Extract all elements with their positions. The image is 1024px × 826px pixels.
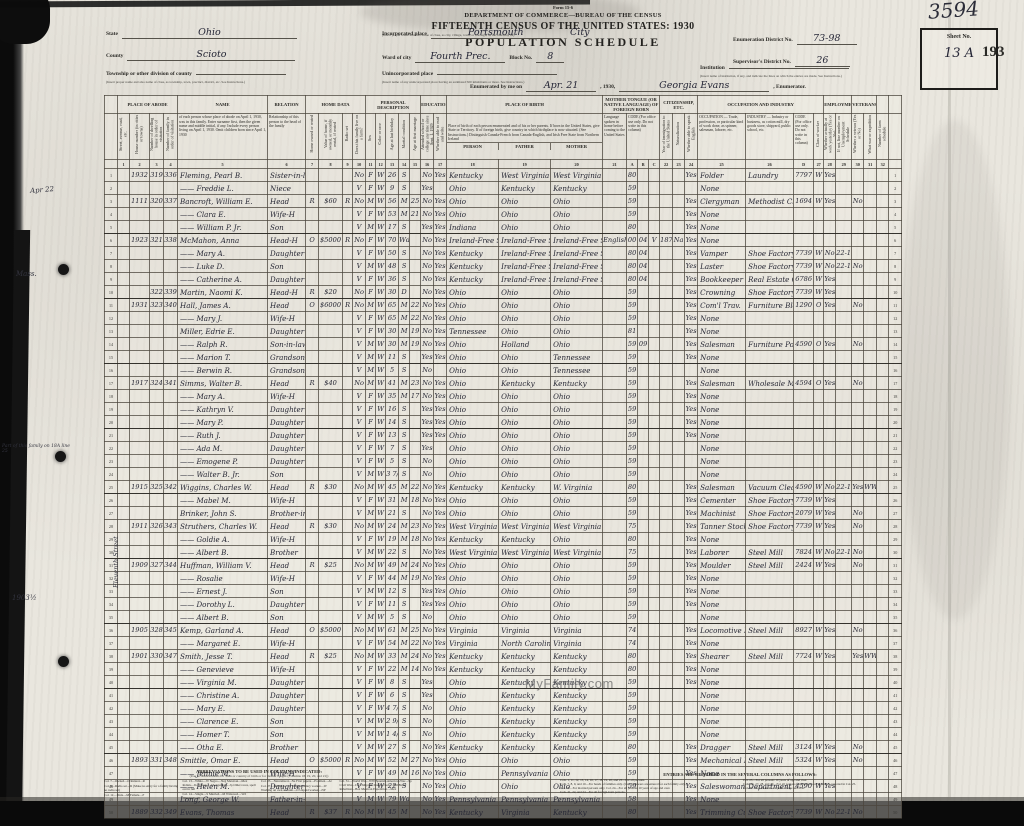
table-cell bbox=[673, 689, 685, 702]
table-cell: Yes bbox=[421, 689, 434, 702]
table-cell: Yes bbox=[685, 533, 698, 546]
table-cell: Yes bbox=[434, 559, 447, 572]
table-cell bbox=[130, 260, 150, 273]
table-cell: Martin, Naomi K. bbox=[178, 286, 268, 299]
table-cell bbox=[877, 208, 889, 221]
table-cell bbox=[824, 234, 836, 247]
table-cell: None bbox=[698, 598, 746, 611]
table-cell: Crowning bbox=[698, 286, 746, 299]
table-cell: Yes bbox=[421, 442, 434, 455]
table-cell: —— Dorothy L. bbox=[178, 598, 268, 611]
table-cell bbox=[660, 182, 673, 195]
table-cell bbox=[130, 611, 150, 624]
enumerator-suffix: , Enumerator. bbox=[773, 84, 806, 90]
table-cell: None bbox=[698, 416, 746, 429]
row-number: 2 bbox=[105, 182, 118, 195]
state-label: State bbox=[106, 31, 118, 37]
table-cell bbox=[603, 299, 627, 312]
table-cell: S bbox=[399, 403, 410, 416]
table-cell bbox=[824, 533, 836, 546]
table-cell: 6 bbox=[386, 689, 399, 702]
table-cell bbox=[660, 442, 673, 455]
table-cell: Na bbox=[673, 234, 685, 247]
table-cell: M bbox=[366, 338, 376, 351]
table-cell bbox=[685, 455, 698, 468]
table-cell bbox=[130, 442, 150, 455]
row-number: 25 bbox=[889, 481, 902, 494]
table-cell bbox=[603, 806, 627, 819]
table-cell bbox=[603, 624, 627, 637]
table-cell: No bbox=[421, 481, 434, 494]
table-cell bbox=[434, 689, 447, 702]
table-cell: Shoe Factory bbox=[746, 520, 794, 533]
table-cell: Kentucky bbox=[551, 663, 603, 676]
table-cell: Kentucky bbox=[447, 260, 499, 273]
column-header: Language spoken in home before coming to… bbox=[603, 114, 627, 160]
table-cell: 1923 bbox=[130, 234, 150, 247]
table-cell bbox=[343, 624, 353, 637]
table-cell: None bbox=[698, 442, 746, 455]
table-cell bbox=[852, 715, 864, 728]
table-cell: WW bbox=[864, 481, 877, 494]
table-cell: 2424 bbox=[794, 559, 814, 572]
table-cell: Yes bbox=[685, 338, 698, 351]
table-cell bbox=[836, 442, 852, 455]
table-cell: F bbox=[366, 637, 376, 650]
table-cell bbox=[685, 364, 698, 377]
table-cell: Kentucky bbox=[447, 533, 499, 546]
sheet-label: Sheet No. bbox=[922, 34, 996, 40]
table-cell: 1915 bbox=[130, 481, 150, 494]
table-cell bbox=[877, 702, 889, 715]
row-number: 45 bbox=[889, 741, 902, 754]
table-cell: None bbox=[698, 793, 746, 806]
table-cell bbox=[603, 325, 627, 338]
street-cell bbox=[118, 650, 130, 663]
table-cell: 59 bbox=[627, 182, 638, 195]
table-cell: Yes bbox=[685, 195, 698, 208]
table-cell bbox=[150, 208, 164, 221]
table-cell: Grandson bbox=[268, 351, 306, 364]
row-number: 44 bbox=[889, 728, 902, 741]
table-cell: 80 bbox=[627, 663, 638, 676]
table-cell: Dragger bbox=[698, 741, 746, 754]
table-cell: Steel Mill bbox=[746, 624, 794, 637]
column-header: Radio set bbox=[343, 114, 353, 160]
table-cell bbox=[814, 793, 824, 806]
table-cell: Ohio bbox=[499, 208, 551, 221]
table-cell: Kentucky bbox=[447, 273, 499, 286]
table-cell: 04 bbox=[638, 273, 649, 286]
street-cell bbox=[118, 169, 130, 182]
table-cell: Kentucky bbox=[499, 481, 551, 494]
table-cell bbox=[649, 247, 660, 260]
table-cell: —— Freddie L. bbox=[178, 182, 268, 195]
table-cell: Daughter bbox=[268, 273, 306, 286]
table-cell: 8927 bbox=[794, 624, 814, 637]
table-cell: Brother-in-law bbox=[268, 507, 306, 520]
table-cell bbox=[814, 429, 824, 442]
table-cell bbox=[814, 455, 824, 468]
table-cell bbox=[685, 611, 698, 624]
table-cell bbox=[638, 741, 649, 754]
table-cell: 22 bbox=[410, 481, 421, 494]
table-cell: 59 bbox=[627, 455, 638, 468]
row-number: 4 bbox=[105, 208, 118, 221]
supervisor-district-value: 26 bbox=[795, 55, 850, 67]
table-cell bbox=[306, 715, 319, 728]
table-cell bbox=[852, 793, 864, 806]
table-cell: 65 bbox=[386, 312, 399, 325]
table-cell: Yes bbox=[685, 273, 698, 286]
table-cell: Ohio bbox=[499, 455, 551, 468]
table-cell: 59 bbox=[627, 468, 638, 481]
table-cell: None bbox=[698, 637, 746, 650]
table-cell: West Virginia bbox=[551, 546, 603, 559]
table-cell bbox=[410, 442, 421, 455]
table-cell: W bbox=[376, 741, 386, 754]
table-cell bbox=[164, 273, 178, 286]
column-header: Naturalization bbox=[673, 114, 685, 160]
table-cell bbox=[150, 533, 164, 546]
table-cell: Ohio bbox=[447, 689, 499, 702]
table-cell: Ohio bbox=[499, 416, 551, 429]
table-cell: R bbox=[343, 754, 353, 767]
table-cell bbox=[343, 416, 353, 429]
table-cell: 5 bbox=[386, 611, 399, 624]
table-cell bbox=[864, 169, 877, 182]
column-header: Age at last birthday bbox=[386, 114, 399, 160]
table-cell bbox=[877, 312, 889, 325]
table-cell bbox=[836, 689, 852, 702]
table-cell: Head-H bbox=[268, 286, 306, 299]
table-cell bbox=[794, 637, 814, 650]
table-cell bbox=[164, 741, 178, 754]
table-cell: 319 bbox=[150, 169, 164, 182]
table-cell: 1909 bbox=[130, 559, 150, 572]
table-cell bbox=[673, 325, 685, 338]
handwritten-stamp-number: 3594 bbox=[927, 0, 979, 24]
table-cell: Yes bbox=[421, 598, 434, 611]
table-cell: Evans, Thomas bbox=[178, 806, 268, 819]
table-cell: No bbox=[421, 793, 434, 806]
table-cell bbox=[836, 273, 852, 286]
row-number: 46 bbox=[889, 754, 902, 767]
county-value: Scioto bbox=[127, 49, 295, 61]
table-cell bbox=[877, 429, 889, 442]
table-cell: R bbox=[306, 377, 319, 390]
column-header: Does this family live on a farm? bbox=[353, 114, 366, 160]
table-cell: Son bbox=[268, 611, 306, 624]
table-cell: Yes bbox=[434, 806, 447, 819]
table-cell: 1871 bbox=[660, 234, 673, 247]
street-cell bbox=[118, 247, 130, 260]
table-cell: 343 bbox=[164, 520, 178, 533]
street-cell bbox=[118, 325, 130, 338]
table-cell bbox=[660, 208, 673, 221]
table-cell: No bbox=[852, 741, 864, 754]
row-number: 34 bbox=[889, 598, 902, 611]
table-cell bbox=[814, 351, 824, 364]
table-cell bbox=[794, 533, 814, 546]
row-number: 20 bbox=[889, 416, 902, 429]
table-cell: Yes bbox=[685, 312, 698, 325]
table-cell: 00 bbox=[627, 234, 638, 247]
table-cell bbox=[410, 182, 421, 195]
table-cell bbox=[343, 325, 353, 338]
table-cell: Shoe Factory bbox=[746, 247, 794, 260]
table-cell: 342 bbox=[164, 481, 178, 494]
table-cell bbox=[864, 507, 877, 520]
row-number: 27 bbox=[889, 507, 902, 520]
table-cell: S bbox=[399, 273, 410, 286]
margin-note: Part of this family on 18A line 25 bbox=[2, 444, 74, 455]
table-cell: Yes bbox=[824, 520, 836, 533]
row-number: 35 bbox=[105, 611, 118, 624]
row-number: 23 bbox=[105, 455, 118, 468]
table-cell: $40 bbox=[319, 377, 343, 390]
table-cell bbox=[814, 182, 824, 195]
table-cell: Ohio bbox=[499, 611, 551, 624]
table-cell: Steel Mill bbox=[746, 754, 794, 767]
table-cell bbox=[150, 637, 164, 650]
table-cell bbox=[319, 312, 343, 325]
table-cell: W. Virginia bbox=[551, 481, 603, 494]
table-cell bbox=[638, 221, 649, 234]
table-cell: W bbox=[376, 260, 386, 273]
column-number: 17 bbox=[434, 160, 447, 169]
table-cell bbox=[836, 299, 852, 312]
abbreviations-note: (Use no abbreviations for State or count… bbox=[104, 774, 414, 778]
table-cell bbox=[306, 689, 319, 702]
table-cell bbox=[877, 442, 889, 455]
table-cell bbox=[824, 351, 836, 364]
table-cell: No bbox=[421, 533, 434, 546]
table-cell: 11 bbox=[386, 598, 399, 611]
table-cell bbox=[814, 728, 824, 741]
table-cell: W bbox=[376, 533, 386, 546]
table-cell bbox=[319, 390, 343, 403]
table-cell bbox=[649, 676, 660, 689]
table-cell: 7739 bbox=[794, 494, 814, 507]
table-cell: 1932 bbox=[130, 169, 150, 182]
table-cell bbox=[746, 715, 794, 728]
table-cell: Ohio bbox=[551, 416, 603, 429]
table-cell bbox=[343, 507, 353, 520]
table-cell: Yes bbox=[434, 741, 447, 754]
table-cell bbox=[319, 585, 343, 598]
table-cell bbox=[164, 702, 178, 715]
table-cell: No bbox=[852, 338, 864, 351]
column-number: 15 bbox=[410, 160, 421, 169]
table-cell bbox=[824, 572, 836, 585]
table-cell: W bbox=[376, 351, 386, 364]
table-cell: Vacuum Cleaner bbox=[746, 481, 794, 494]
table-cell bbox=[877, 598, 889, 611]
table-cell: 59 bbox=[627, 507, 638, 520]
table-cell bbox=[306, 364, 319, 377]
table-cell: —— Catherine A. bbox=[178, 273, 268, 286]
column-number: 14 bbox=[399, 160, 410, 169]
table-cell bbox=[877, 624, 889, 637]
table-cell bbox=[150, 364, 164, 377]
table-cell bbox=[824, 455, 836, 468]
table-cell bbox=[836, 585, 852, 598]
table-cell: V bbox=[353, 429, 366, 442]
table-cell: 48 bbox=[386, 260, 399, 273]
table-cell bbox=[836, 494, 852, 507]
table-cell bbox=[319, 429, 343, 442]
place-of-birth-header: Place of birth of each person enumerated… bbox=[447, 114, 603, 160]
table-cell: O bbox=[814, 338, 824, 351]
table-cell bbox=[836, 702, 852, 715]
table-cell: —— Mary P. bbox=[178, 416, 268, 429]
table-cell bbox=[814, 416, 824, 429]
table-cell bbox=[343, 390, 353, 403]
table-cell: 80 bbox=[627, 247, 638, 260]
table-cell bbox=[864, 728, 877, 741]
table-cell: Ohio bbox=[551, 286, 603, 299]
table-cell: 2 9/12 bbox=[386, 715, 399, 728]
table-cell bbox=[306, 416, 319, 429]
table-cell: —— Kathryn V. bbox=[178, 403, 268, 416]
column-header: Value of home, if owned, or monthly rent… bbox=[319, 114, 343, 160]
row-number: 21 bbox=[889, 429, 902, 442]
table-cell bbox=[306, 546, 319, 559]
table-cell: Cementer bbox=[698, 494, 746, 507]
table-cell: —— Berwin R. bbox=[178, 364, 268, 377]
table-cell: S bbox=[399, 728, 410, 741]
table-cell: Tennessee bbox=[447, 325, 499, 338]
table-cell: No bbox=[421, 767, 434, 780]
table-cell bbox=[794, 676, 814, 689]
table-cell: 338 bbox=[164, 234, 178, 247]
table-cell bbox=[836, 637, 852, 650]
table-cell bbox=[638, 312, 649, 325]
table-cell: Tanner Stock bbox=[698, 520, 746, 533]
table-cell bbox=[814, 468, 824, 481]
table-cell bbox=[638, 598, 649, 611]
table-cell bbox=[319, 663, 343, 676]
census-scan-page: Form 15-6 DEPARTMENT OF COMMERCE—BUREAU … bbox=[0, 0, 1024, 826]
table-cell: 3 7/12 bbox=[386, 468, 399, 481]
table-cell bbox=[410, 611, 421, 624]
table-cell: W bbox=[814, 650, 824, 663]
table-cell bbox=[603, 468, 627, 481]
supervisor-district-label: Supervisor's District No. bbox=[733, 59, 791, 65]
table-cell: 336 bbox=[164, 169, 178, 182]
table-cell: W bbox=[376, 468, 386, 481]
table-cell: W bbox=[376, 702, 386, 715]
table-cell bbox=[794, 403, 814, 416]
table-cell: 80 bbox=[627, 221, 638, 234]
table-cell bbox=[746, 312, 794, 325]
column-header: Age at first marriage bbox=[410, 114, 421, 160]
table-cell bbox=[746, 403, 794, 416]
table-cell: Ohio bbox=[447, 754, 499, 767]
table-cell: No bbox=[421, 390, 434, 403]
table-cell: Yes bbox=[434, 754, 447, 767]
table-cell: 4 7/12 bbox=[386, 702, 399, 715]
table-cell bbox=[306, 338, 319, 351]
table-cell: 325 bbox=[150, 481, 164, 494]
table-cell bbox=[130, 312, 150, 325]
table-cell: F bbox=[366, 416, 376, 429]
table-cell: W bbox=[376, 234, 386, 247]
street-cell bbox=[118, 429, 130, 442]
row-number: 37 bbox=[889, 637, 902, 650]
table-cell bbox=[824, 325, 836, 338]
row-number: 39 bbox=[105, 663, 118, 676]
table-cell bbox=[319, 598, 343, 611]
table-cell bbox=[673, 481, 685, 494]
table-cell bbox=[814, 572, 824, 585]
table-cell bbox=[746, 702, 794, 715]
table-cell: S bbox=[399, 221, 410, 234]
table-cell: English bbox=[603, 234, 627, 247]
table-cell: Ohio bbox=[499, 299, 551, 312]
table-cell: Kentucky bbox=[447, 247, 499, 260]
column-group-header bbox=[889, 96, 902, 114]
table-cell: M bbox=[399, 533, 410, 546]
table-cell: W bbox=[376, 598, 386, 611]
table-cell bbox=[852, 208, 864, 221]
table-cell: $30 bbox=[319, 520, 343, 533]
table-cell bbox=[150, 546, 164, 559]
table-cell bbox=[649, 663, 660, 676]
table-cell: V bbox=[353, 182, 366, 195]
table-cell: F bbox=[366, 598, 376, 611]
table-cell bbox=[649, 364, 660, 377]
table-cell bbox=[673, 260, 685, 273]
table-cell: No bbox=[421, 507, 434, 520]
table-cell bbox=[603, 442, 627, 455]
table-cell bbox=[660, 806, 673, 819]
column-header: Relationship of this person to the head … bbox=[268, 114, 306, 160]
table-cell bbox=[306, 468, 319, 481]
table-cell: Yes bbox=[685, 247, 698, 260]
column-header bbox=[889, 114, 902, 160]
table-cell: No bbox=[421, 572, 434, 585]
enumeration-district-value: 73-98 bbox=[797, 33, 857, 45]
table-cell bbox=[306, 403, 319, 416]
table-cell bbox=[660, 533, 673, 546]
table-cell bbox=[673, 624, 685, 637]
row-number: 4 bbox=[889, 208, 902, 221]
table-cell: Steel Mill bbox=[746, 546, 794, 559]
table-cell bbox=[660, 351, 673, 364]
table-cell bbox=[673, 455, 685, 468]
table-cell: Daughter bbox=[268, 247, 306, 260]
table-cell: Yes bbox=[434, 351, 447, 364]
table-cell bbox=[852, 572, 864, 585]
table-cell: 326 bbox=[150, 520, 164, 533]
table-cell bbox=[434, 611, 447, 624]
unincorporated-label: Unincorporated place bbox=[382, 71, 433, 77]
table-cell bbox=[877, 351, 889, 364]
table-cell: Yes bbox=[434, 767, 447, 780]
table-cell bbox=[638, 650, 649, 663]
table-cell: WW bbox=[864, 650, 877, 663]
table-cell: Wife-H bbox=[268, 208, 306, 221]
column-number: B bbox=[638, 160, 649, 169]
table-cell: Head bbox=[268, 754, 306, 767]
table-cell: Hall, James A. bbox=[178, 299, 268, 312]
table-cell bbox=[836, 338, 852, 351]
table-cell bbox=[673, 585, 685, 598]
row-number: 50 bbox=[889, 806, 902, 819]
table-cell: Yes bbox=[685, 403, 698, 416]
